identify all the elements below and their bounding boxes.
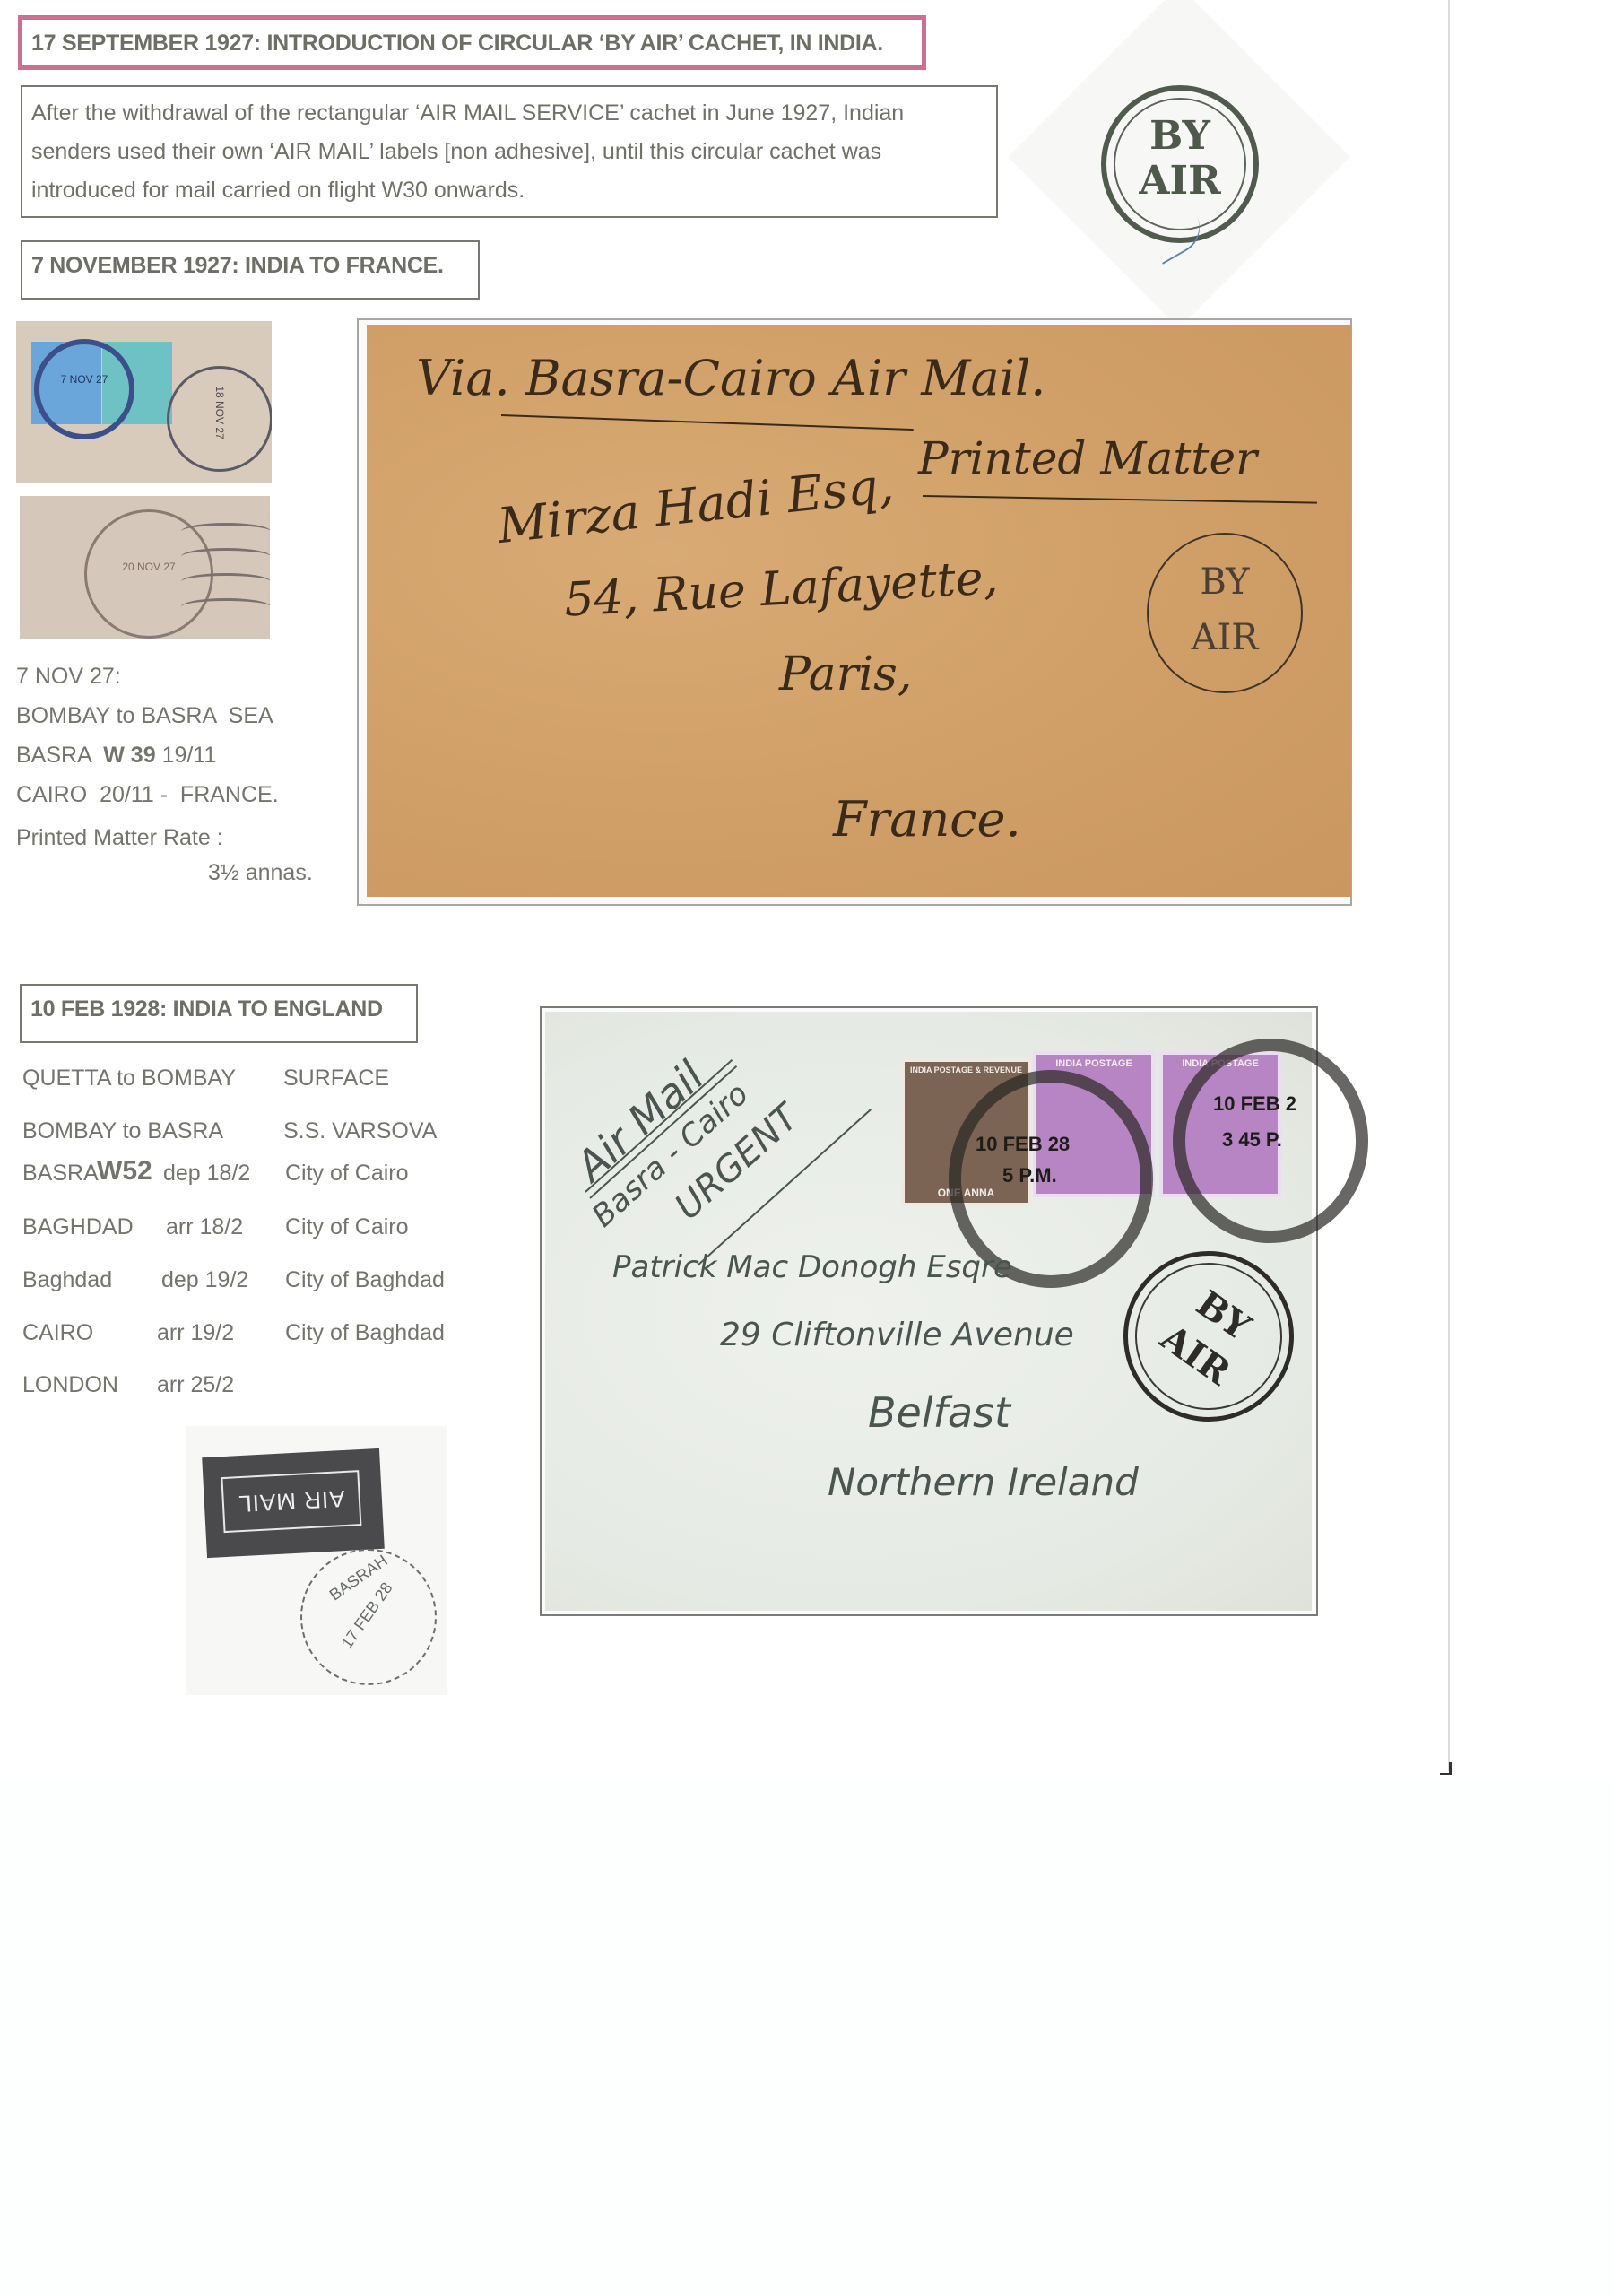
underline (501, 414, 914, 430)
postmark-date: 10 FEB 2 (1213, 1092, 1296, 1116)
england-title: 10 FEB 1928: INDIA TO ENGLAND (30, 996, 383, 1022)
note-basra: BASRA (16, 743, 103, 768)
route-date: arr 18/2 (166, 1214, 243, 1240)
route-carrier: City of Baghdad (285, 1267, 445, 1293)
flight-number: W52 (97, 1156, 152, 1187)
route-carrier: City of Cairo (285, 1214, 409, 1240)
machine-cancel-wave (181, 548, 270, 565)
route-place: Baghdad (22, 1267, 112, 1293)
stamp-caption: INDIA POSTAGE & REVENUE (905, 1065, 1028, 1074)
postmark-time: 5 P.M. (1002, 1164, 1057, 1187)
postmark-time: 3 45 P. (1222, 1128, 1282, 1152)
route-date: arr 19/2 (157, 1320, 234, 1346)
route-place: BASRA (22, 1161, 99, 1187)
address-street: 29 Cliftonville Avenue (720, 1317, 1074, 1353)
route-carrier: S.S. VARSOVA (283, 1118, 437, 1144)
intro-title-box: 17 SEPTEMBER 1927: INTRODUCTION OF CIRCU… (18, 15, 926, 70)
rate-label: Printed Matter Rate : (16, 825, 223, 851)
underline (923, 495, 1317, 504)
note-date: 19/11 (156, 743, 217, 768)
basrah-backstamp: BASRAH 17 FEB 28 (300, 1549, 437, 1685)
route-place: BOMBAY to BASRA (22, 1118, 223, 1144)
route-place: BAGHDAD (22, 1214, 134, 1240)
env-country: France. (833, 791, 1021, 848)
route-date: arr 25/2 (157, 1372, 234, 1398)
backstamp-fragment: 20 NOV 27 (20, 496, 270, 639)
intro-title: 17 SEPTEMBER 1927: INTRODUCTION OF CIRCU… (31, 30, 883, 56)
env-addressee: Mirza Hadi Esq, (495, 457, 897, 554)
route-carrier: City of Cairo (285, 1161, 409, 1187)
bombay-postmark: 7 NOV 27 (34, 339, 134, 439)
intro-description-line: introduced for mail carried on flight W3… (31, 171, 987, 210)
cachet-air-text: AIR (1149, 617, 1301, 658)
route-date: dep 19/2 (161, 1267, 248, 1293)
postmark-date: 10 FEB 28 (976, 1133, 1070, 1156)
cachet-by-text: BY (1149, 561, 1301, 603)
note-line: 7 NOV 27: (16, 657, 279, 696)
page-corner-mark (1440, 1762, 1452, 1775)
intro-description-line: After the withdrawal of the rectangular … (31, 94, 987, 133)
env-endorsement: Via. Basra-Cairo Air Mail. (416, 350, 1045, 406)
france-title-box: 7 NOVEMBER 1927: INDIA TO FRANCE. (21, 240, 480, 300)
france-title: 7 NOVEMBER 1927: INDIA TO FRANCE. (31, 253, 444, 278)
route-place: QUETTA to BOMBAY (22, 1065, 236, 1091)
stamp-caption: INDIA POSTAGE (1036, 1058, 1151, 1069)
england-title-box: 10 FEB 1928: INDIA TO ENGLAND (20, 984, 418, 1043)
env-street: 54, Rue Lafayette, (563, 551, 1000, 627)
env-city: Paris, (779, 648, 912, 701)
route-carrier: City of Baghdad (285, 1320, 445, 1346)
scan-bottom-area (0, 1780, 1613, 2296)
machine-cancel-wave (181, 573, 270, 590)
env-printed-matter: Printed Matter (918, 432, 1257, 484)
cachet-air-text: AIR (1106, 161, 1253, 202)
envelope-france: Via. Basra-Cairo Air Mail. Printed Matte… (367, 325, 1351, 897)
note-line: BOMBAY to BASRA SEA (16, 696, 279, 735)
machine-cancel-wave (181, 598, 270, 615)
route-carrier: SURFACE (283, 1065, 389, 1091)
route-date: dep 18/2 (163, 1161, 250, 1187)
route-place: LONDON (22, 1372, 118, 1398)
basra-postmark: 18 NOV 27 (167, 366, 272, 472)
page-right-edge (1448, 0, 1450, 1771)
cachet-by-text: BY (1106, 116, 1253, 157)
note-line: BASRA W 39 19/11 (16, 735, 279, 775)
intro-description-box: After the withdrawal of the rectangular … (21, 85, 998, 218)
rate-value: 3½ annas. (208, 860, 313, 886)
air-mail-label: AIR MAIL (202, 1448, 385, 1558)
machine-cancel-wave (181, 523, 270, 540)
address-city: Belfast (868, 1388, 1010, 1437)
by-air-cachet-image: BY AIR (1101, 85, 1259, 243)
france-route-notes: 7 NOV 27: BOMBAY to BASRA SEA BASRA W 39… (16, 657, 279, 814)
address-name: Patrick Mac Donogh Esqre (612, 1249, 1012, 1285)
front-stamps-fragment: 7 NOV 27 18 NOV 27 (16, 321, 272, 483)
air-mail-label-text: AIR MAIL (221, 1470, 361, 1533)
flight-number: W 39 (103, 743, 155, 768)
env-by-air-cachet: BY AIR (1147, 533, 1303, 693)
address-country: Northern Ireland (828, 1460, 1139, 1504)
route-place: CAIRO (22, 1320, 93, 1346)
note-line: CAIRO 20/11 - FRANCE. (16, 775, 279, 814)
intro-description-line: senders used their own ‘AIR MAIL’ labels… (31, 133, 987, 171)
